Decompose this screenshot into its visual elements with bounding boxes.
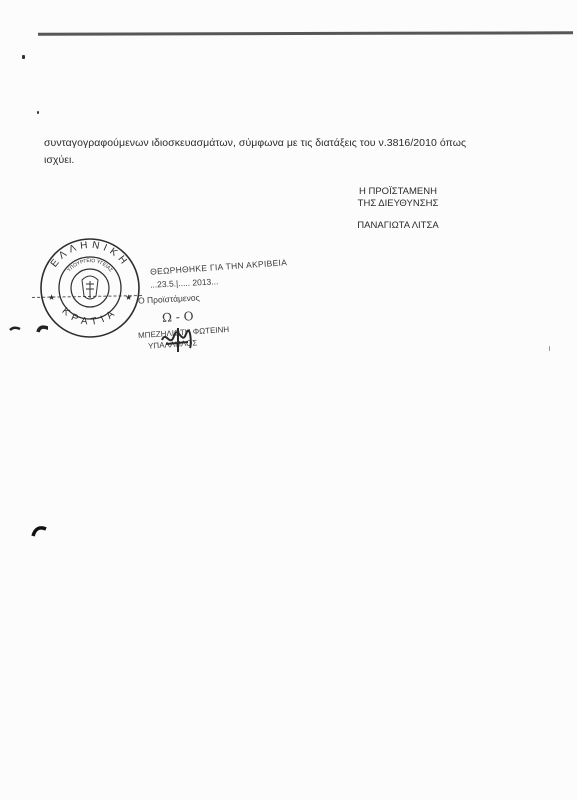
- certification-date: ...23.5.|..... 2013...: [150, 276, 219, 290]
- handwritten-initials: Ω - Ο: [162, 309, 194, 325]
- scan-speck: [22, 55, 25, 59]
- official-seal-icon: ΕΛΛΗΝΙΚΗ ΚΡΑΤΙΑ ΥΠΟΥΡΓΕΙΟ ΥΓΕΙΑΣ ★ ★: [38, 236, 142, 340]
- body-line: συνταγογραφούμενων ιδιοσκευασμάτων, σύμφ…: [44, 135, 466, 152]
- header-rule: [38, 31, 573, 35]
- certification-role: Ο Προϊστάμενος: [138, 292, 200, 305]
- body-line: ισχύει.: [44, 152, 466, 169]
- body-paragraph: συνταγογραφούμενων ιδιοσκευασμάτων, σύμφ…: [44, 135, 466, 169]
- svg-text:ΚΡΑΤΙΑ: ΚΡΑΤΙΑ: [60, 306, 121, 328]
- signature-block: Η ΠΡΟΪΣΤΑΜΕΝΗ ΤΗΣ ΔΙΕΥΘΥΝΣΗΣ ΠΑΝΑΓΙΩΤΑ Λ…: [338, 186, 458, 232]
- signature-scribble-icon: [160, 326, 194, 352]
- signature-title-1: Η ΠΡΟΪΣΤΑΜΕΝΗ: [338, 186, 458, 198]
- scan-mark-icon: [30, 523, 50, 539]
- svg-text:★: ★: [48, 293, 55, 302]
- signatory-name: ΠΑΝΑΓΙΩΤΑ ΛΙΤΣΑ: [338, 220, 458, 232]
- svg-text:★: ★: [125, 293, 132, 302]
- signature-title-2: ΤΗΣ ΔΙΕΥΘΥΝΣΗΣ: [338, 198, 458, 210]
- scan-mark-icon: [8, 320, 48, 336]
- document-page: συνταγογραφούμενων ιδιοσκευασμάτων, σύμφ…: [0, 0, 577, 800]
- svg-text:ΥΠΟΥΡΓΕΙΟ ΥΓΕΙΑΣ: ΥΠΟΥΡΓΕΙΟ ΥΓΕΙΑΣ: [66, 258, 113, 274]
- scan-speck: [549, 346, 550, 351]
- certification-text: ΘΕΩΡΗΘΗΚΕ ΓΙΑ ΤΗΝ ΑΚΡΙΒΕΙΑ: [150, 257, 288, 277]
- scan-speck: [37, 111, 39, 114]
- svg-text:ΕΛΛΗΝΙΚΗ: ΕΛΛΗΝΙΚΗ: [49, 240, 131, 270]
